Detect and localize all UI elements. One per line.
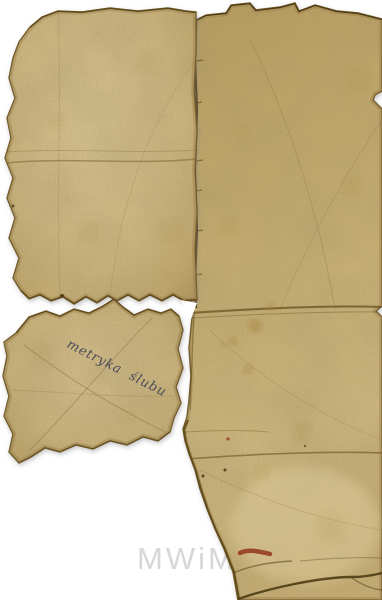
paper-piece-right: [183, 3, 382, 600]
scanned-document-page: MWiM: [0, 0, 382, 600]
paper-piece-top-left: [5, 8, 197, 304]
paper-scan-svg: [0, 0, 382, 600]
red-dot: [226, 437, 229, 440]
